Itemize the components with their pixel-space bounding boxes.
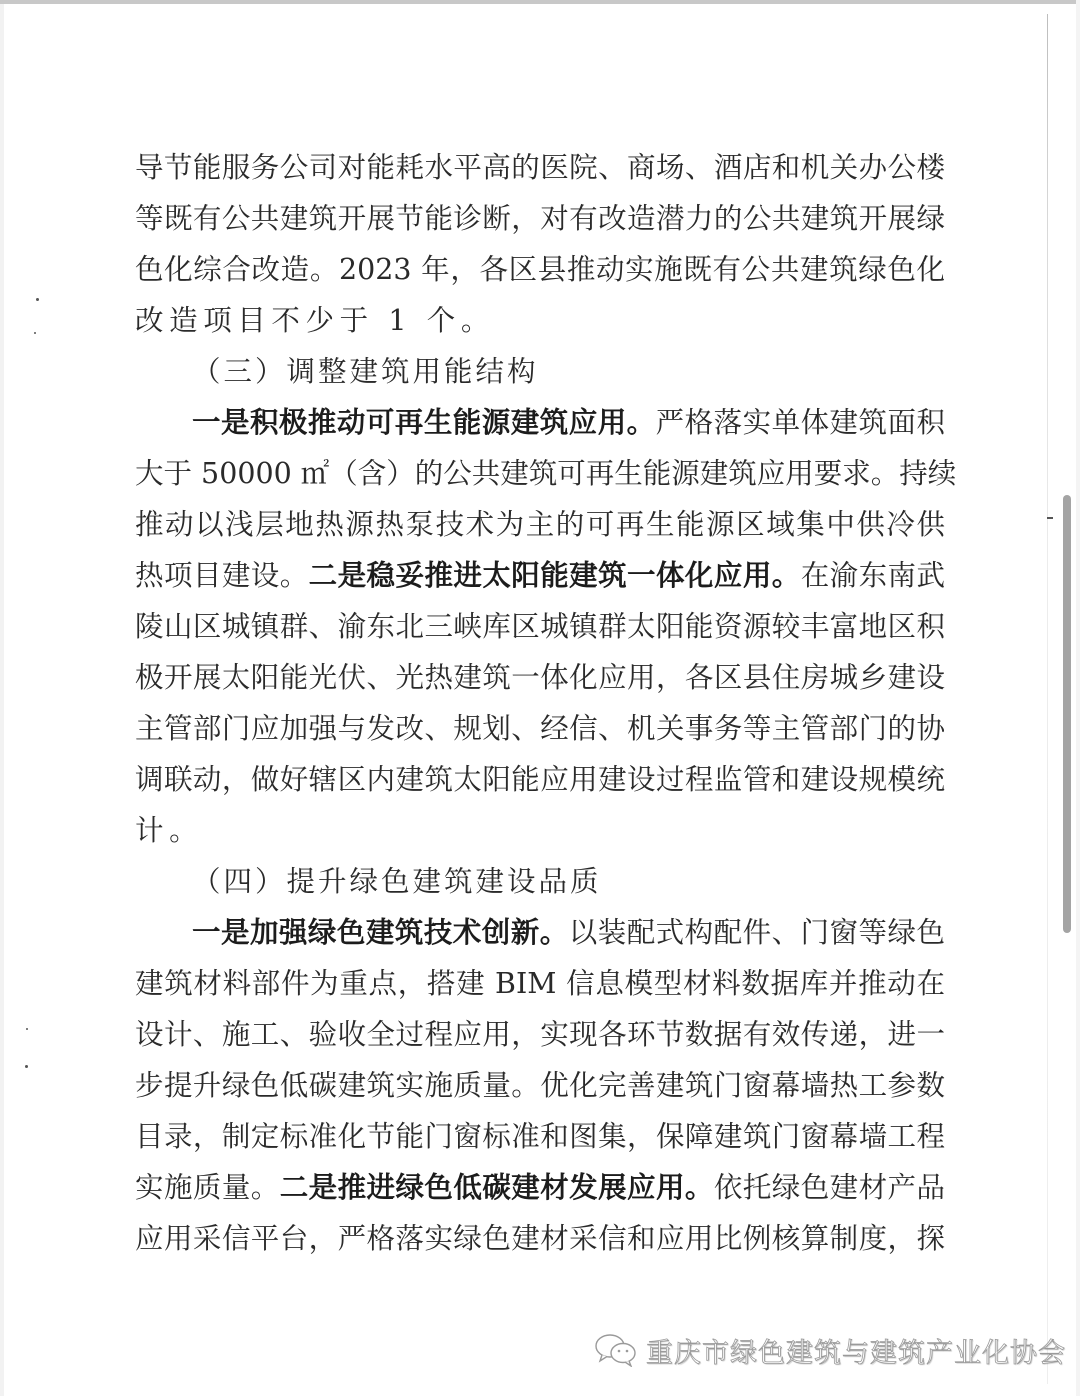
text-segment: 在渝东南武 (801, 559, 945, 592)
scan-speck (34, 332, 36, 334)
text-segment: 依托绿色建材产品 (714, 1171, 945, 1204)
scan-right-edge (1076, 0, 1080, 1396)
text-segment: 设计、施工、验收全过程应用，实现各环节数据有效传递，进一 (135, 1018, 945, 1051)
text-line: 计。 (135, 805, 945, 856)
bold-lead-phrase: 一是加强绿色建筑技术创新。 (192, 915, 569, 949)
wechat-icon (594, 1333, 638, 1367)
text-segment: 调联动，做好辖区内建筑太阳能应用建设过程监管和建设规模统 (135, 763, 945, 796)
text-line: 等既有公共建筑开展节能诊断，对有改造潜力的公共建筑开展绿 (135, 193, 945, 244)
text-line: 实施质量。二是推进绿色低碳建材发展应用。依托绿色建材产品 (135, 1162, 945, 1213)
scan-top-edge (0, 0, 1080, 4)
watermark-text: 重庆市绿色建筑与建筑产业化协会 (646, 1331, 1066, 1370)
text-segment: 色化综合改造。2023 年，各区县推动实施既有公共建筑绿色化 (135, 253, 945, 286)
text-line: 极开展太阳能光伏、光热建筑一体化应用，各区县住房城乡建设 (135, 652, 945, 703)
text-segment: 严格落实单体建筑面积 (656, 406, 945, 439)
text-segment: 建筑材料部件为重点，搭建 BIM 信息模型材料数据库并推动在 (135, 967, 945, 1000)
text-line: 建筑材料部件为重点，搭建 BIM 信息模型材料数据库并推动在 (135, 958, 945, 1009)
text-segment: 等既有公共建筑开展节能诊断，对有改造潜力的公共建筑开展绿 (135, 202, 945, 235)
section-heading: （四）提升绿色建筑建设品质 (135, 856, 945, 907)
text-segment: 改造项目不少于 1 个。 (135, 304, 495, 337)
text-segment: 步提升绿色低碳建筑实施质量。优化完善建筑门窗幕墙热工参数 (135, 1069, 945, 1102)
bold-lead-phrase: 二是稳妥推进太阳能建筑一体化应用。 (309, 558, 801, 592)
text-line: 应用采信平台，严格落实绿色建材采信和应用比例核算制度，探 (135, 1213, 945, 1264)
scan-speck (36, 298, 39, 301)
bold-lead-phrase: 一是积极推动可再生能源建筑应用。 (192, 405, 656, 439)
text-line: 改造项目不少于 1 个。 (135, 295, 945, 346)
text-line: 目录，制定标准化节能门窗标准和图集，保障建筑门窗幕墙工程 (135, 1111, 945, 1162)
text-segment: 热项目建设。 (135, 559, 309, 592)
text-line: 导节能服务公司对能耗水平高的医院、商场、酒店和机关办公楼 (135, 142, 945, 193)
document-page: 导节能服务公司对能耗水平高的医院、商场、酒店和机关办公楼等既有公共建筑开展节能诊… (135, 142, 945, 1264)
watermark: 重庆市绿色建筑与建筑产业化协会 (594, 1330, 1066, 1370)
scrollbar-thumb[interactable] (1063, 495, 1071, 933)
scan-speck (1047, 517, 1053, 519)
section-heading: （三）调整建筑用能结构 (135, 346, 945, 397)
text-line: 陵山区城镇群、渝东北三峡库区城镇群太阳能资源较丰富地区积 (135, 601, 945, 652)
text-line: 一是加强绿色建筑技术创新。以装配式构配件、门窗等绿色 (135, 907, 945, 958)
text-line: 步提升绿色低碳建筑实施质量。优化完善建筑门窗幕墙热工参数 (135, 1060, 945, 1111)
text-segment: 目录，制定标准化节能门窗标准和图集，保障建筑门窗幕墙工程 (135, 1120, 945, 1153)
text-segment: 极开展太阳能光伏、光热建筑一体化应用，各区县住房城乡建设 (135, 661, 945, 694)
text-line: 一是积极推动可再生能源建筑应用。严格落实单体建筑面积 (135, 397, 945, 448)
text-line: 设计、施工、验收全过程应用，实现各环节数据有效传递，进一 (135, 1009, 945, 1060)
scan-speck (26, 1028, 28, 1030)
text-segment: 以装配式构配件、门窗等绿色 (569, 916, 945, 949)
text-segment: 大于 50000 ㎡（含）的公共建筑可再生能源建筑应用要求。持续 (135, 457, 956, 490)
text-line: 推动以浅层地热源热泵技术为主的可再生能源区域集中供冷供 (135, 499, 945, 550)
text-segment: 推动以浅层地热源热泵技术为主的可再生能源区域集中供冷供 (135, 508, 945, 541)
text-line: 主管部门应加强与发改、规划、经信、机关事务等主管部门的协 (135, 703, 945, 754)
scan-left-edge (0, 4, 4, 1396)
scan-fold-line (1047, 14, 1048, 1384)
bold-lead-phrase: 二是推进绿色低碳建材发展应用。 (280, 1170, 714, 1204)
text-segment: 计。 (135, 814, 203, 847)
text-line: 色化综合改造。2023 年，各区县推动实施既有公共建筑绿色化 (135, 244, 945, 295)
text-line: 调联动，做好辖区内建筑太阳能应用建设过程监管和建设规模统 (135, 754, 945, 805)
text-segment: 应用采信平台，严格落实绿色建材采信和应用比例核算制度，探 (135, 1222, 945, 1255)
text-segment: （四）提升绿色建筑建设品质 (192, 865, 602, 898)
scan-speck (25, 1065, 28, 1068)
text-segment: 陵山区城镇群、渝东北三峡库区城镇群太阳能资源较丰富地区积 (135, 610, 945, 643)
text-line: 大于 50000 ㎡（含）的公共建筑可再生能源建筑应用要求。持续 (135, 448, 945, 499)
text-segment: 主管部门应加强与发改、规划、经信、机关事务等主管部门的协 (135, 712, 945, 745)
text-segment: 导节能服务公司对能耗水平高的医院、商场、酒店和机关办公楼 (135, 151, 945, 184)
text-segment: （三）调整建筑用能结构 (192, 355, 539, 388)
text-segment: 实施质量。 (135, 1171, 280, 1204)
text-line: 热项目建设。二是稳妥推进太阳能建筑一体化应用。在渝东南武 (135, 550, 945, 601)
